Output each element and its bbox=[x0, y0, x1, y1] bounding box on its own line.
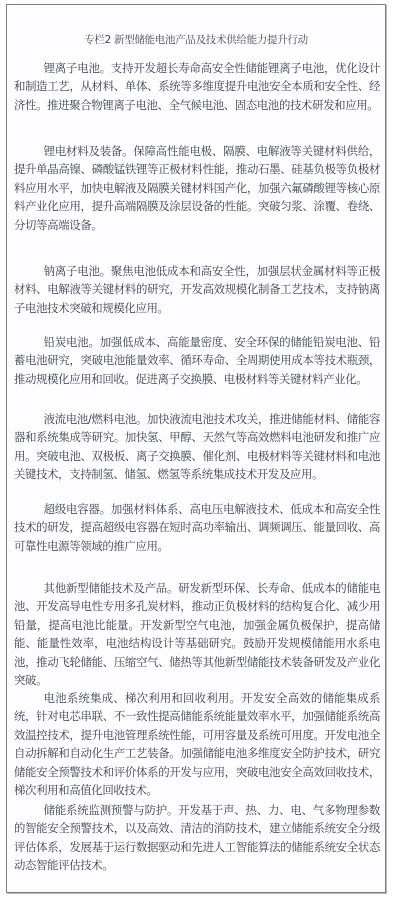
paragraph-other-storage: 其他新型储能技术及产品。研发新型环保、长寿命、低成本的储能电池、开发高导电性专用… bbox=[14, 579, 380, 689]
paragraph-lithium-ion: 锂离子电池。支持开发超长寿命高安全性储能锂离子电池，优化设计和制造工艺，从材料、… bbox=[14, 59, 380, 114]
paragraph-supercapacitor: 超级电容器。加强材料体系、高电压电解液技术、低成本和高安全性技术的研发，提高超级… bbox=[14, 500, 380, 555]
paragraph-system-integration: 电池系统集成、梯次利用和回收利用。开发安全高效的储能集成系统，针对电芯串联、不一… bbox=[14, 689, 380, 799]
column-box: 专栏2 新型储能电池产品及技术供给能力提升行动 锂离子电池。支持开发超长寿命高安… bbox=[6, 4, 386, 893]
paragraph-flow-battery: 液流电池/燃料电池。加快液流电池技术攻关，推进储能材料、储能容器和系统集成等研究… bbox=[14, 410, 380, 484]
paragraph-lead-carbon: 铅炭电池。加强低成本、高能量密度、安全环保的储能铅炭电池、铅蓄电池研究，突破电池… bbox=[14, 333, 380, 388]
column-title: 专栏2 新型储能电池产品及技术供给能力提升行动 bbox=[7, 32, 385, 47]
paragraph-sodium-ion: 钠离子电池。聚焦电池低成本和高安全性，加强层状金属材料等正极材料、电解液等关键材… bbox=[14, 262, 380, 317]
paragraph-safety-monitoring: 储能系统监测预警与防护。开发基于声、热、力、电、气多物理参数的智能安全预警技术，… bbox=[14, 801, 380, 875]
paragraph-materials-equipment: 锂电材料及装备。保障高性能电极、隔膜、电解液等关键材料供给，提升单晶高镍、磷酸锰… bbox=[14, 142, 380, 234]
